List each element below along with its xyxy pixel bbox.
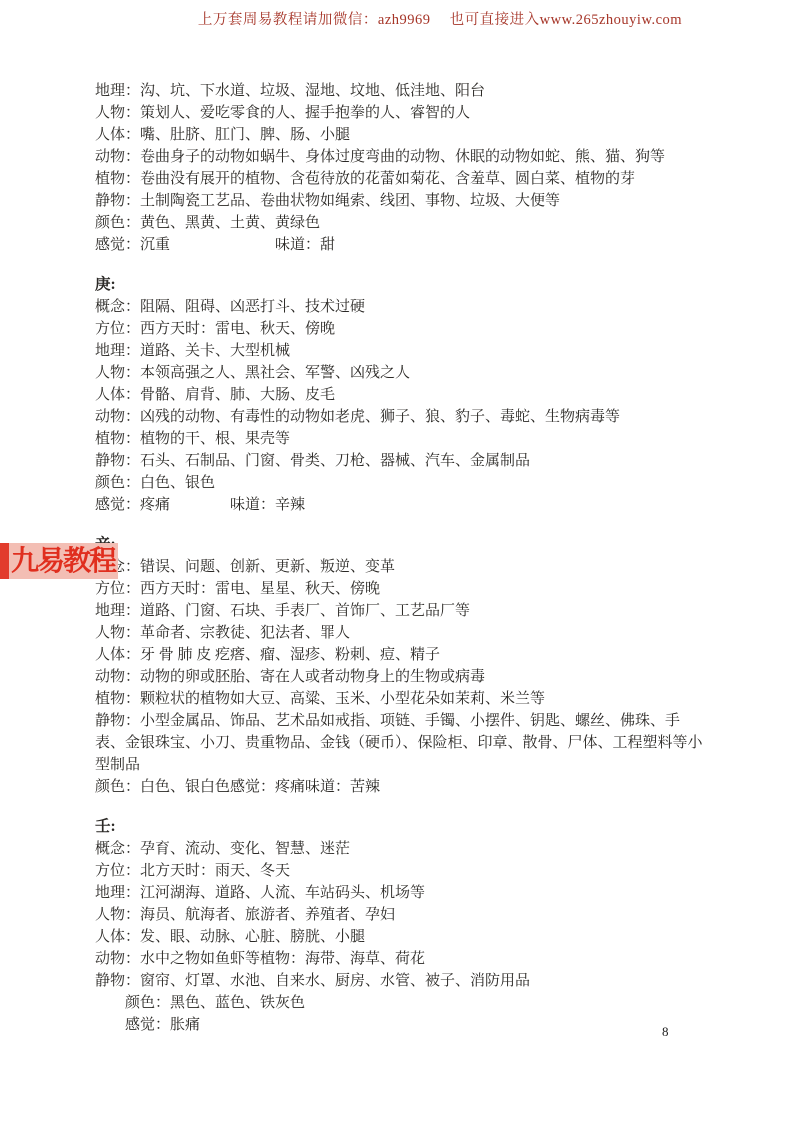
text-line: 人物：革命者、宗教徒、犯法者、罪人 — [95, 622, 709, 644]
text-line: 方位：西方天时：雷电、星星、秋天、傍晚 — [95, 578, 709, 600]
page-number: 8 — [662, 1024, 669, 1040]
text-line: 植物：植物的干、根、果壳等 — [95, 428, 709, 450]
text-line: 人物：策划人、爱吃零食的人、握手抱拳的人、睿智的人 — [95, 102, 709, 124]
text-line: 地理：沟、坑、下水道、垃圾、湿地、坟地、低洼地、阳台 — [95, 80, 709, 102]
text-line: 概念：孕育、流动、变化、智慧、迷茫 — [95, 838, 709, 860]
text-line: 地理：道路、门窗、石块、手表厂、首饰厂、工艺品厂等 — [95, 600, 709, 622]
section-title: 壬: — [95, 816, 709, 838]
text-line: 方位：西方天时：雷电、秋天、傍晚 — [95, 318, 709, 340]
text-line: 概念：阻隔、阻碍、凶恶打斗、技术过硬 — [95, 296, 709, 318]
text-line: 动物：凶残的动物、有毒性的动物如老虎、狮子、狼、豹子、毒蛇、生物病毒等 — [95, 406, 709, 428]
text-line: 植物：卷曲没有展开的植物、含苞待放的花蕾如菊花、含羞草、圆白菜、植物的芽 — [95, 168, 709, 190]
text-line: 人体：嘴、肚脐、肛门、脾、肠、小腿 — [95, 124, 709, 146]
text-line: 静物：小型金属品、饰品、艺术品如戒指、项链、手镯、小摆件、钥匙、螺丝、佛珠、手表… — [95, 710, 709, 776]
document-page: 上万套周易教程请加微信：azh9969 也可直接进入www.265zhouyiw… — [0, 0, 794, 1123]
watermark-badge: 九易教程 — [0, 543, 118, 579]
text-line: 动物：水中之物如鱼虾等植物：海带、海草、荷花 — [95, 948, 709, 970]
section-ji: 地理：沟、坑、下水道、垃圾、湿地、坟地、低洼地、阳台 人物：策划人、爱吃零食的人… — [95, 80, 709, 256]
text-line: 静物：石头、石制品、门窗、骨类、刀枪、器械、汽车、金属制品 — [95, 450, 709, 472]
header-ad-text: 上万套周易教程请加微信：azh9969 也可直接进入www.265zhouyiw… — [0, 8, 794, 29]
text-line: 方位：北方天时：雨天、冬天 — [95, 860, 709, 882]
text-line: 人物：本领高强之人、黑社会、军警、凶残之人 — [95, 362, 709, 384]
text-line: 感觉：疼痛 味道：辛辣 — [95, 494, 709, 516]
text-line: 感觉：胀痛 — [95, 1014, 709, 1036]
text-line: 静物：土制陶瓷工艺品、卷曲状物如绳索、线团、事物、垃圾、大便等 — [95, 190, 709, 212]
text-line: 颜色：白色、银色 — [95, 472, 709, 494]
text-line: 动物：卷曲身子的动物如蜗牛、身体过度弯曲的动物、休眠的动物如蛇、熊、猫、狗等 — [95, 146, 709, 168]
text-line: 地理：道路、关卡、大型机械 — [95, 340, 709, 362]
text-line: 人体：发、眼、动脉、心脏、膀胱、小腿 — [95, 926, 709, 948]
text-line: 动物：动物的卵或胚胎、寄在人或者动物身上的生物或病毒 — [95, 666, 709, 688]
text-line: 人体：骨骼、肩背、肺、大肠、皮毛 — [95, 384, 709, 406]
section-ren: 壬: 概念：孕育、流动、变化、智慧、迷茫 方位：北方天时：雨天、冬天 地理：江河… — [95, 816, 709, 1036]
text-line: 颜色：黄色、黑黄、土黄、黄绿色 — [95, 212, 709, 234]
page-content: 地理：沟、坑、下水道、垃圾、湿地、坟地、低洼地、阳台 人物：策划人、爱吃零食的人… — [95, 80, 709, 1036]
text-line: 植物：颗粒状的植物如大豆、高粱、玉米、小型花朵如茉莉、米兰等 — [95, 688, 709, 710]
text-line: 人体：牙 骨 肺 皮 疙瘩、瘤、湿疹、粉刺、痘、精子 — [95, 644, 709, 666]
text-line: 静物：窗帘、灯罩、水池、自来水、厨房、水管、被子、消防用品 — [95, 970, 709, 992]
text-line: 地理：江河湖海、道路、人流、车站码头、机场等 — [95, 882, 709, 904]
text-line: 颜色：白色、银白色感觉：疼痛味道：苦辣 — [95, 776, 709, 798]
section-title: 庚: — [95, 274, 709, 296]
section-title: 辛: — [95, 534, 709, 556]
section-geng: 庚: 概念：阻隔、阻碍、凶恶打斗、技术过硬 方位：西方天时：雷电、秋天、傍晚 地… — [95, 274, 709, 516]
text-line: 感觉：沉重 味道：甜 — [95, 234, 709, 256]
text-line: 人物：海员、航海者、旅游者、养殖者、孕妇 — [95, 904, 709, 926]
text-line: 颜色：黑色、蓝色、铁灰色 — [95, 992, 709, 1014]
section-xin: 九易教程 辛: 概念：错误、问题、创新、更新、叛逆、变革 方位：西方天时：雷电、… — [95, 534, 709, 798]
text-line: 概念：错误、问题、创新、更新、叛逆、变革 — [95, 556, 709, 578]
